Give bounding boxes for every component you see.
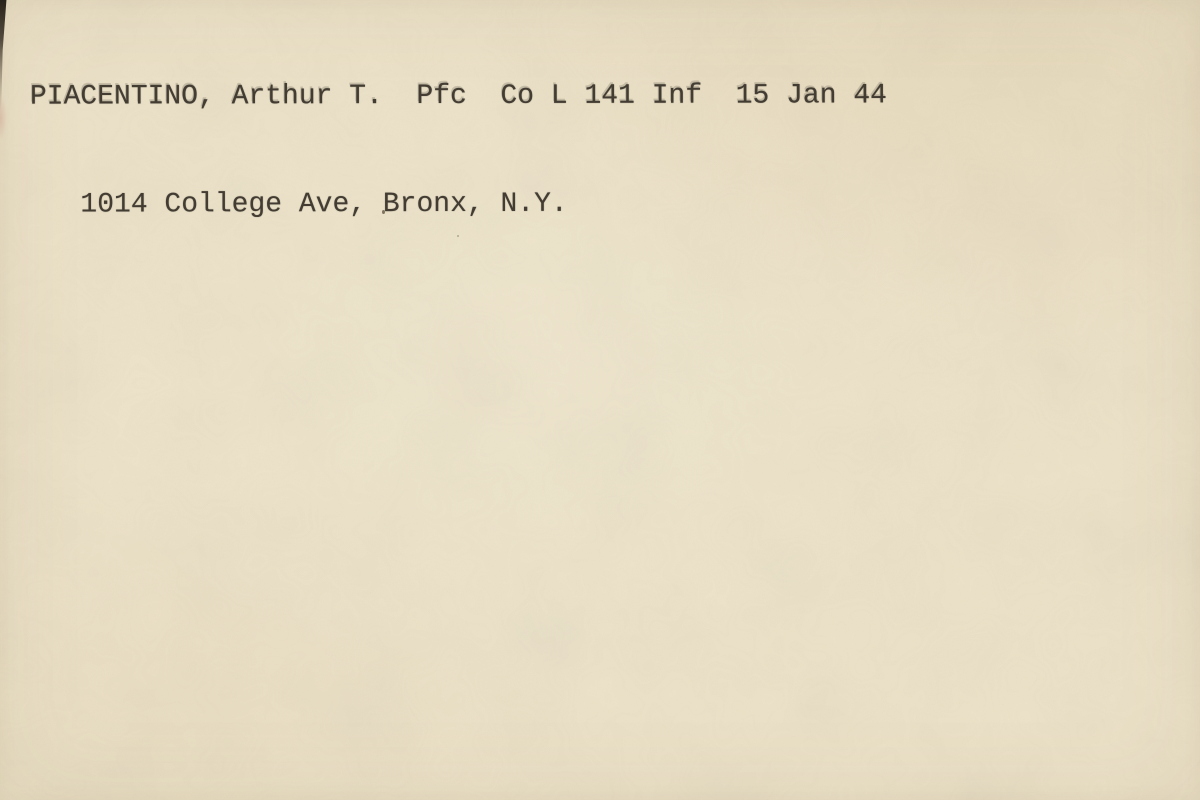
typed-line-name-rank-unit-date: PIACENTINO, Arthur T. Pfc Co L 141 Inf 1… — [30, 78, 887, 115]
typed-text-block: PIACENTINO, Arthur T. Pfc Co L 141 Inf 1… — [30, 7, 887, 295]
index-card: PIACENTINO, Arthur T. Pfc Co L 141 Inf 1… — [0, 0, 1200, 800]
paper-speck — [457, 235, 459, 237]
left-edge-smudge — [0, 96, 7, 140]
paper-speck — [382, 210, 385, 214]
typed-line-address: 1014 College Ave, Bronx, N.Y. — [30, 186, 887, 223]
